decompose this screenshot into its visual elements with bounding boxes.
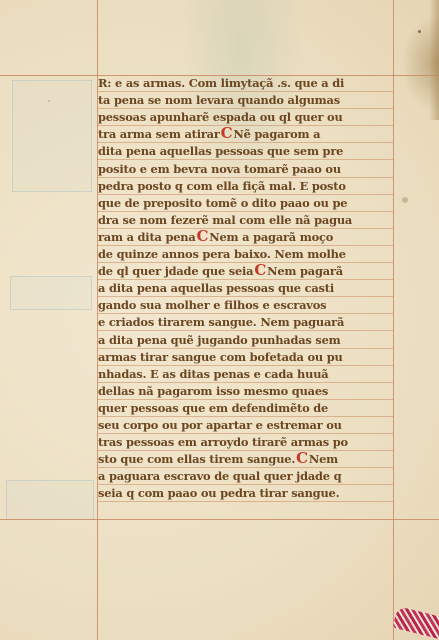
- margin-showthrough-box: [12, 80, 92, 192]
- margin-showthrough-box: [10, 276, 92, 310]
- stain-spot: [402, 197, 408, 203]
- line-text-main: a dita pena quẽ jugando punhadas sem: [98, 333, 341, 347]
- line-text-main: dra se nom fezerẽ mal com elle nã pagua: [98, 213, 352, 227]
- line-text-main: ta pena se nom levara quando algumas: [98, 93, 340, 107]
- text-line: ram a dita penaCNem a pagarã moço: [97, 229, 393, 246]
- ruling-right: [393, 0, 394, 640]
- line-text-after: Nẽ pagarom a: [233, 127, 320, 141]
- text-line: gando sua molher e filhos e escravos: [97, 297, 393, 314]
- line-text-main: de ql quer jdade que seia: [98, 264, 253, 278]
- text-line: dita pena aquellas pessoas que sem pre: [97, 143, 393, 160]
- line-text: tra arma sem atirarCNẽ pagarom a: [98, 127, 320, 141]
- rubric-initial: C: [296, 452, 308, 464]
- line-text-main: e criados tirarem sangue. Nem paguarã: [98, 315, 344, 329]
- rubric-initial: C: [254, 264, 266, 276]
- margin-showthrough-box: [6, 480, 94, 520]
- rubric-initial: C: [221, 127, 233, 139]
- line-text: a dita pena aquellas pessoas que casti: [98, 281, 334, 295]
- stain-spot: [418, 30, 421, 33]
- line-text: nhadas. E as ditas penas e cada huuã: [98, 367, 328, 381]
- line-text: ram a dita penaCNem a pagarã moço: [98, 230, 333, 244]
- line-text: tras pessoas em arroydo tirarẽ armas po: [98, 435, 348, 449]
- text-line: seu corpo ou por apartar e estremar ou: [97, 417, 393, 434]
- line-text: de quinze annos pera baixo. Nem molhe: [98, 247, 346, 261]
- text-line: de ql quer jdade que seiaCNem pagarã: [97, 263, 393, 280]
- text-line: dellas nã pagarom isso mesmo quaes: [97, 383, 393, 400]
- text-line: tra arma sem atirarCNẽ pagarom a: [97, 126, 393, 143]
- text-line: R: e as armas. Com limytaçã .s. que a di: [97, 75, 393, 92]
- text-line: a paguara escravo de qual quer jdade q: [97, 468, 393, 485]
- line-text-main: a dita pena aquellas pessoas que casti: [98, 281, 334, 295]
- text-line: sto que com ellas tirem sangue.CNem: [97, 451, 393, 468]
- line-text: armas tirar sangue com bofetada ou pu: [98, 350, 343, 364]
- line-text: ta pena se nom levara quando algumas: [98, 93, 340, 107]
- text-line: pedra posto q com ella fiçã mal. E posto: [97, 178, 393, 195]
- line-text-main: armas tirar sangue com bofetada ou pu: [98, 350, 343, 364]
- line-text: seu corpo ou por apartar e estremar ou: [98, 418, 342, 432]
- line-text: e criados tirarem sangue. Nem paguarã: [98, 315, 344, 329]
- line-text-main: posito e em bevra nova tomarẽ paao ou: [98, 162, 341, 176]
- text-line: pessoas apunharẽ espada ou ql quer ou: [97, 109, 393, 126]
- ruling-bottom: [0, 519, 439, 520]
- line-text-main: a paguara escravo de qual quer jdade q: [98, 469, 341, 483]
- text-line: tras pessoas em arroydo tirarẽ armas po: [97, 434, 393, 451]
- line-text-main: ram a dita pena: [98, 230, 196, 244]
- line-text: posito e em bevra nova tomarẽ paao ou: [98, 162, 341, 176]
- text-line: nhadas. E as ditas penas e cada huuã: [97, 366, 393, 383]
- line-text-main: tras pessoas em arroydo tirarẽ armas po: [98, 435, 348, 449]
- page-edge-stain: [429, 0, 439, 120]
- line-text-main: tra arma sem atirar: [98, 127, 220, 141]
- text-line: que de preposito tomẽ o dito paao ou pe: [97, 195, 393, 212]
- text-line: a dita pena quẽ jugando punhadas sem: [97, 332, 393, 349]
- text-line: quer pessoas que em defendimẽto de: [97, 400, 393, 417]
- line-text: dra se nom fezerẽ mal com elle nã pagua: [98, 213, 352, 227]
- line-text-main: dellas nã pagarom isso mesmo quaes: [98, 384, 328, 398]
- line-text-after: Nem: [309, 452, 338, 466]
- line-text-main: sto que com ellas tirem sangue.: [98, 452, 295, 466]
- line-text-main: nhadas. E as ditas penas e cada huuã: [98, 367, 328, 381]
- line-text-main: gando sua molher e filhos e escravos: [98, 298, 326, 312]
- line-text: sto que com ellas tirem sangue.CNem: [98, 452, 338, 466]
- line-text-main: dita pena aquellas pessoas que sem pre: [98, 144, 343, 158]
- line-text-main: que de preposito tomẽ o dito paao ou pe: [98, 196, 347, 210]
- line-text-main: pessoas apunharẽ espada ou ql quer ou: [98, 110, 343, 124]
- line-text-main: seu corpo ou por apartar e estremar ou: [98, 418, 342, 432]
- line-text: pedra posto q com ella fiçã mal. E posto: [98, 179, 346, 193]
- text-line: a dita pena aquellas pessoas que casti: [97, 280, 393, 297]
- line-text: gando sua molher e filhos e escravos: [98, 298, 326, 312]
- line-text: de ql quer jdade que seiaCNem pagarã: [98, 264, 343, 278]
- line-text-main: R: e as armas. Com limytaçã .s. que a di: [98, 76, 344, 90]
- stain-spot: [48, 100, 50, 102]
- line-text-main: de quinze annos pera baixo. Nem molhe: [98, 247, 346, 261]
- line-text: a dita pena quẽ jugando punhadas sem: [98, 333, 341, 347]
- line-text: quer pessoas que em defendimẽto de: [98, 401, 328, 415]
- line-text: pessoas apunharẽ espada ou ql quer ou: [98, 110, 343, 124]
- text-line: de quinze annos pera baixo. Nem molhe: [97, 246, 393, 263]
- line-text: R: e as armas. Com limytaçã .s. que a di: [98, 76, 344, 90]
- line-text: seia q com paao ou pedra tirar sangue.: [98, 486, 339, 500]
- text-line: seia q com paao ou pedra tirar sangue.: [97, 485, 393, 502]
- line-text-after: Nem pagarã: [267, 264, 343, 278]
- line-text: dellas nã pagarom isso mesmo quaes: [98, 384, 328, 398]
- text-line: e criados tirarem sangue. Nem paguarã: [97, 314, 393, 331]
- line-text-main: seia q com paao ou pedra tirar sangue.: [98, 486, 339, 500]
- line-text: que de preposito tomẽ o dito paao ou pe: [98, 196, 347, 210]
- line-text-main: quer pessoas que em defendimẽto de: [98, 401, 328, 415]
- text-line: dra se nom fezerẽ mal com elle nã pagua: [97, 212, 393, 229]
- text-line: ta pena se nom levara quando algumas: [97, 92, 393, 109]
- rubric-initial: C: [197, 230, 209, 242]
- text-line: posito e em bevra nova tomarẽ paao ou: [97, 161, 393, 178]
- text-line: armas tirar sangue com bofetada ou pu: [97, 349, 393, 366]
- line-text-main: pedra posto q com ella fiçã mal. E posto: [98, 179, 346, 193]
- line-text-after: Nem a pagarã moço: [209, 230, 333, 244]
- line-text: a paguara escravo de qual quer jdade q: [98, 469, 341, 483]
- line-text: dita pena aquellas pessoas que sem pre: [98, 144, 343, 158]
